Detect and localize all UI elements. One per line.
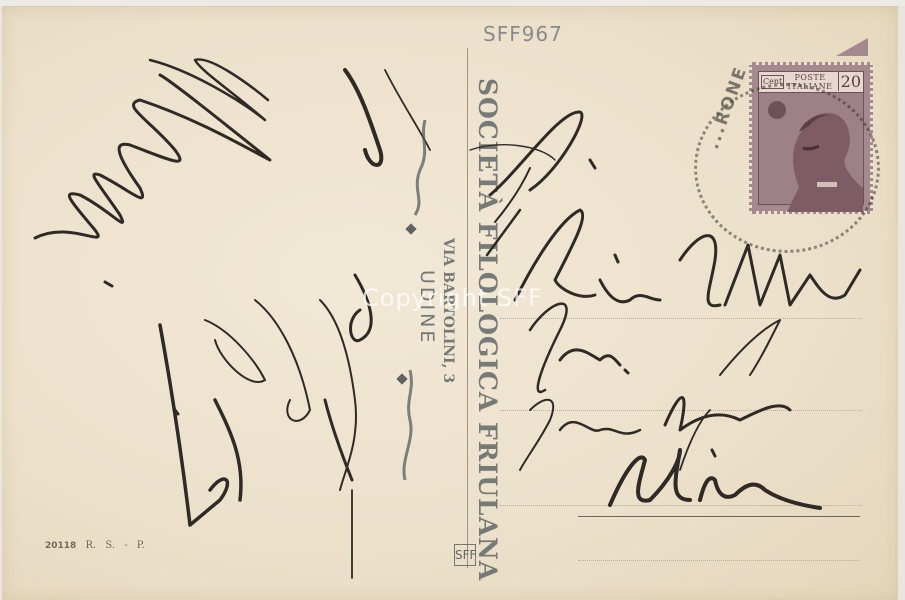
address-rule <box>500 410 862 411</box>
address-rule <box>500 318 862 319</box>
archive-id-label: SFF967 <box>483 22 563 46</box>
stamp-title-line-1: POSTE <box>781 73 839 82</box>
printer-mark: 20118 R. S. - P. <box>45 540 145 551</box>
address-underline <box>578 516 860 517</box>
address-rule <box>578 560 860 561</box>
society-logo-icon: SFF <box>454 544 476 566</box>
publisher-initials: R. S. - P. <box>86 540 145 551</box>
society-cachet-name: SOCIETÀ FILOLOGICA FRIULANA <box>473 78 502 581</box>
printer-code: 20118 <box>45 541 76 551</box>
copyright-watermark: Copyright SFF <box>362 284 543 312</box>
address-rule <box>500 505 862 506</box>
stamp-value: 20 <box>838 72 861 91</box>
